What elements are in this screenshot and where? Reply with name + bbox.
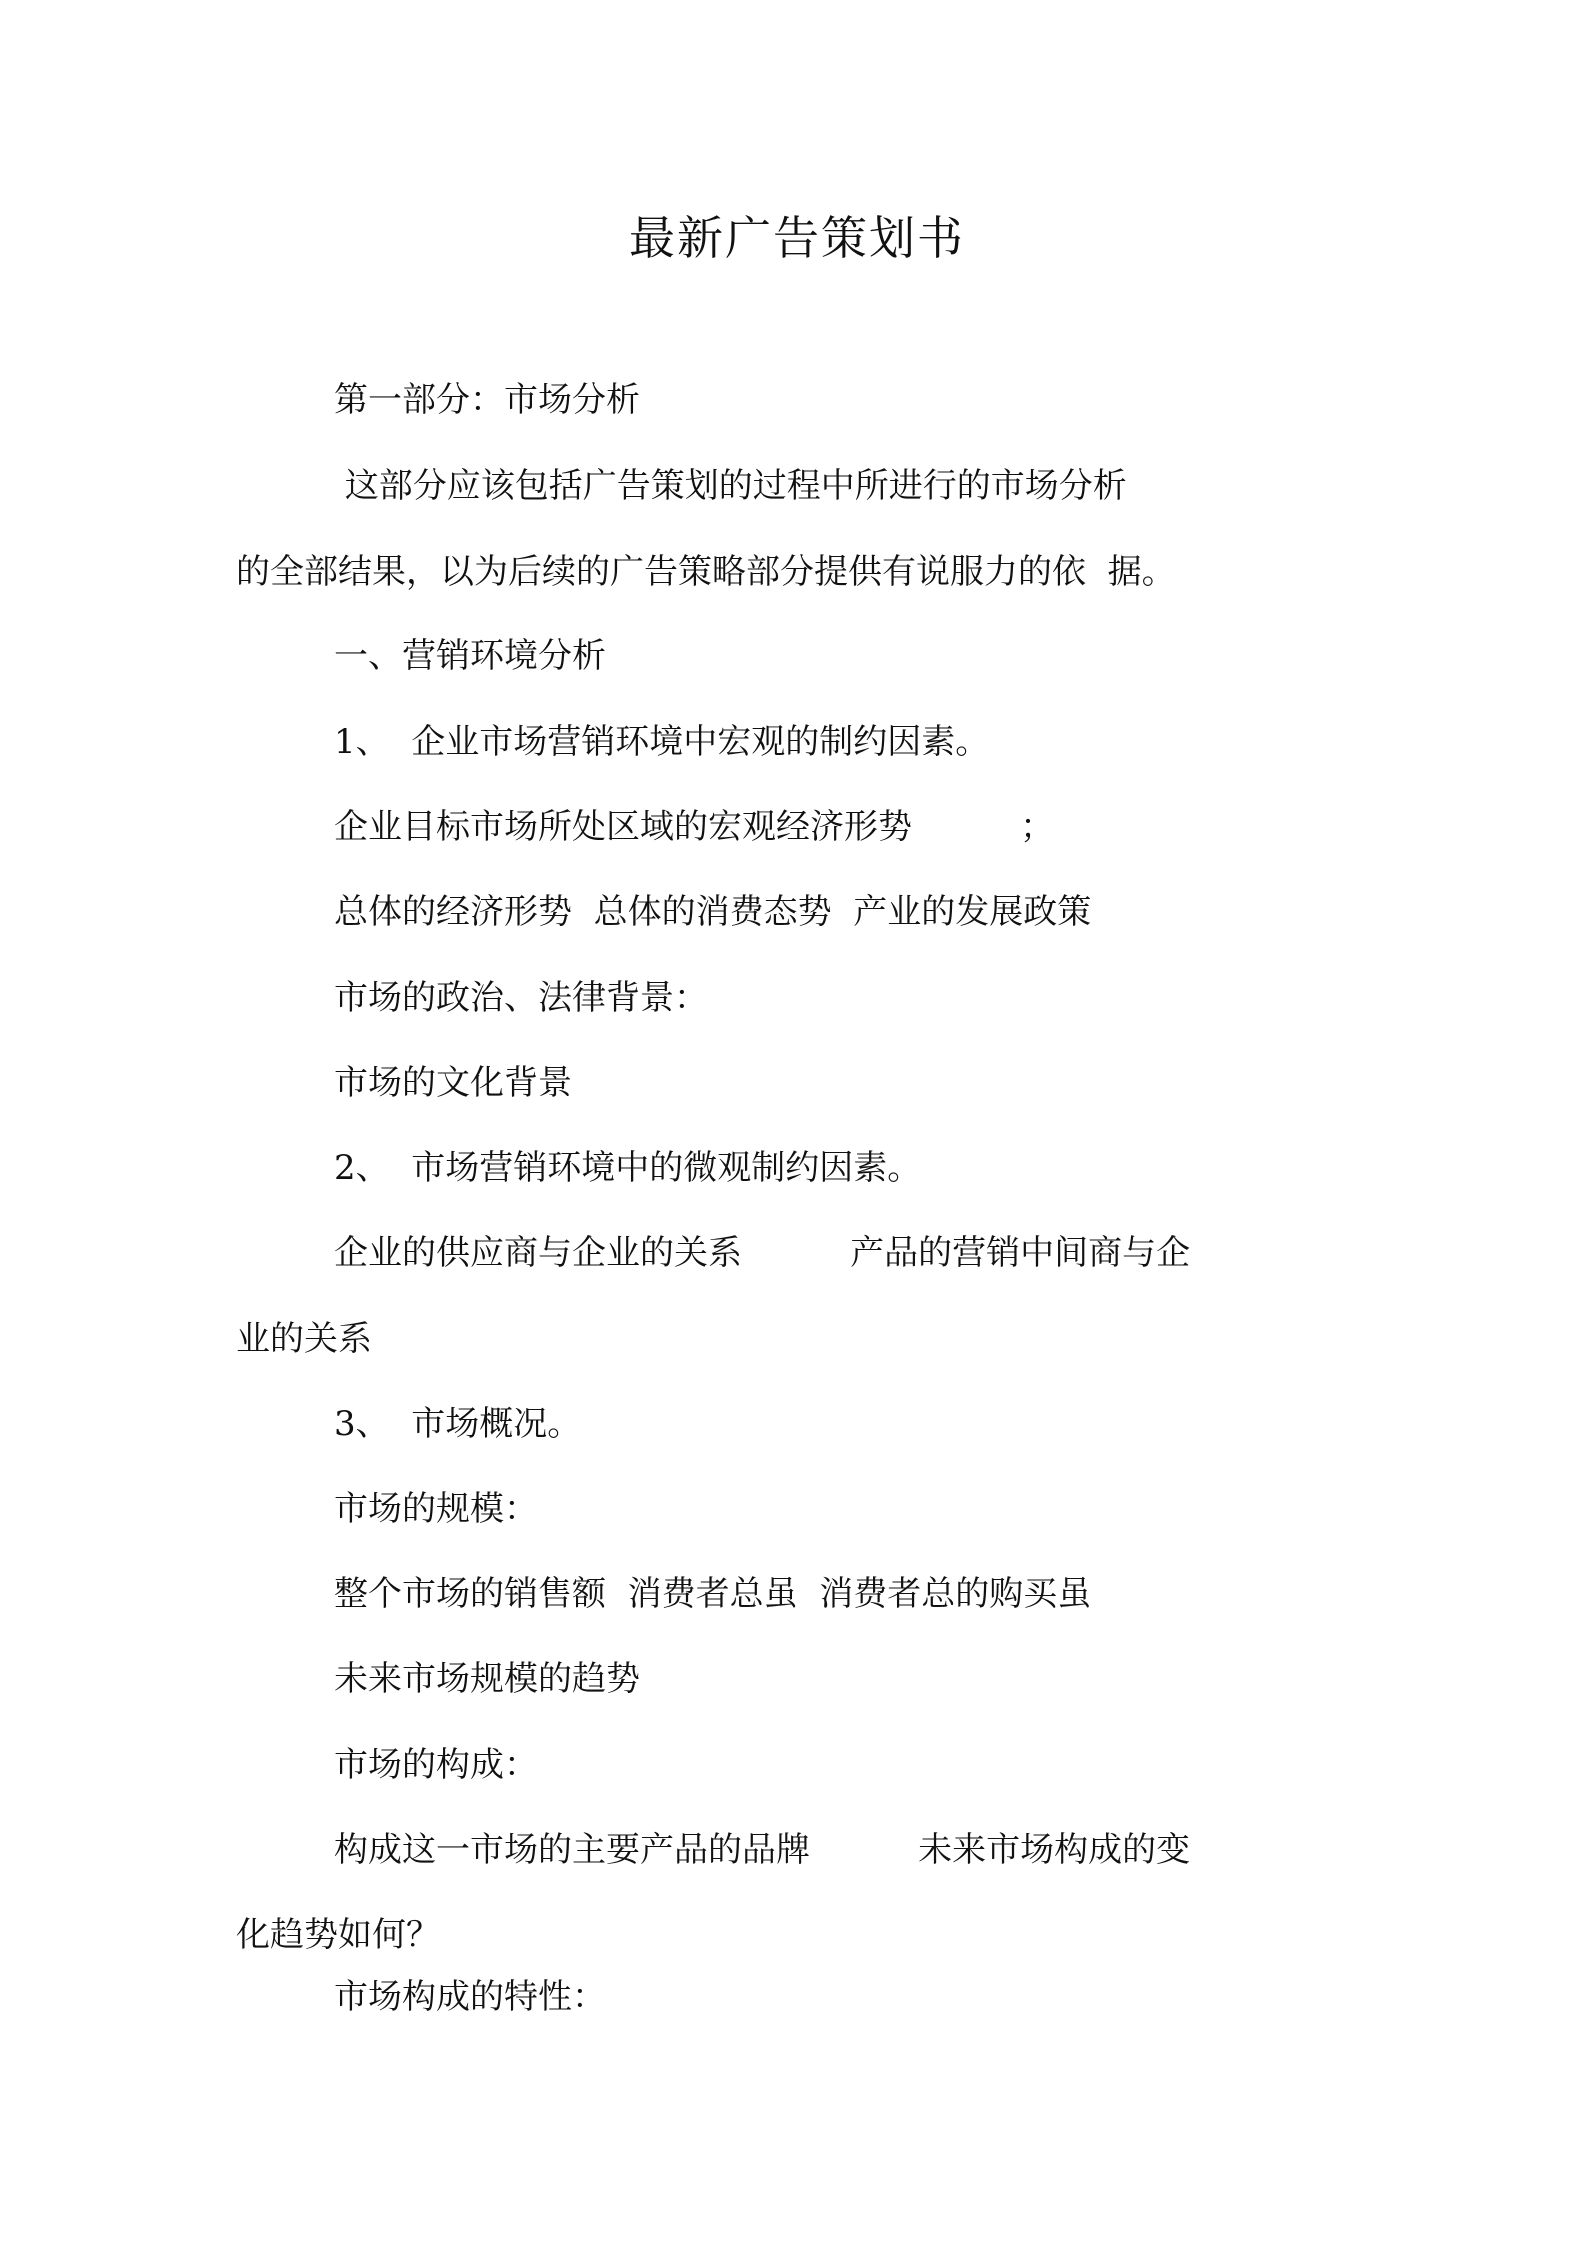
paragraph-line: 化趋势如何？ (236, 1913, 440, 1957)
subsection-heading: 一、营销环境分析 (334, 634, 606, 678)
section-heading-part-one: 第一部分：市场分析 (334, 378, 640, 422)
numbered-item: 1、 企业市场营销环境中宏观的制约因素。 (334, 720, 989, 764)
paragraph-line: 整个市场的销售额 消费者总虽 消费者总的购买虽 (334, 1572, 1091, 1616)
document-title: 最新广告策划书 (0, 208, 1594, 268)
numbered-item: 3、 市场概况。 (334, 1402, 581, 1446)
paragraph-line: 未来市场规模的趋势 (334, 1657, 640, 1701)
paragraph-line: 总体的经济形势 总体的消费态势 产业的发展政策 (334, 890, 1091, 934)
paragraph-line: 市场构成的特性： (334, 1975, 606, 2019)
paragraph-line: 市场的文化背景 (334, 1061, 572, 1105)
paragraph-line: 业的关系 (236, 1317, 372, 1361)
document-page: 最新广告策划书 第一部分：市场分析 这部分应该包括广告策划的过程中所进行的市场分… (0, 0, 1594, 2256)
paragraph-line: 市场的政治、法律背景： (334, 976, 708, 1020)
paragraph-line: 这部分应该包括广告策划的过程中所进行的市场分析 (334, 464, 1127, 508)
paragraph-line: 企业目标市场所处区域的宏观经济形势 ； (334, 805, 1054, 849)
paragraph-line: 构成这一市场的主要产品的品牌 未来市场构成的变 (334, 1828, 1190, 1872)
paragraph-line: 市场的构成： (334, 1743, 538, 1787)
paragraph-line: 市场的规模： (334, 1487, 538, 1531)
paragraph-line: 企业的供应商与企业的关系 产品的营销中间商与企 (334, 1231, 1190, 1275)
numbered-item: 2、 市场营销环境中的微观制约因素。 (334, 1146, 921, 1190)
paragraph-line: 的全部结果，以为后续的广告策略部分提供有说服力的依 据。 (236, 550, 1176, 594)
